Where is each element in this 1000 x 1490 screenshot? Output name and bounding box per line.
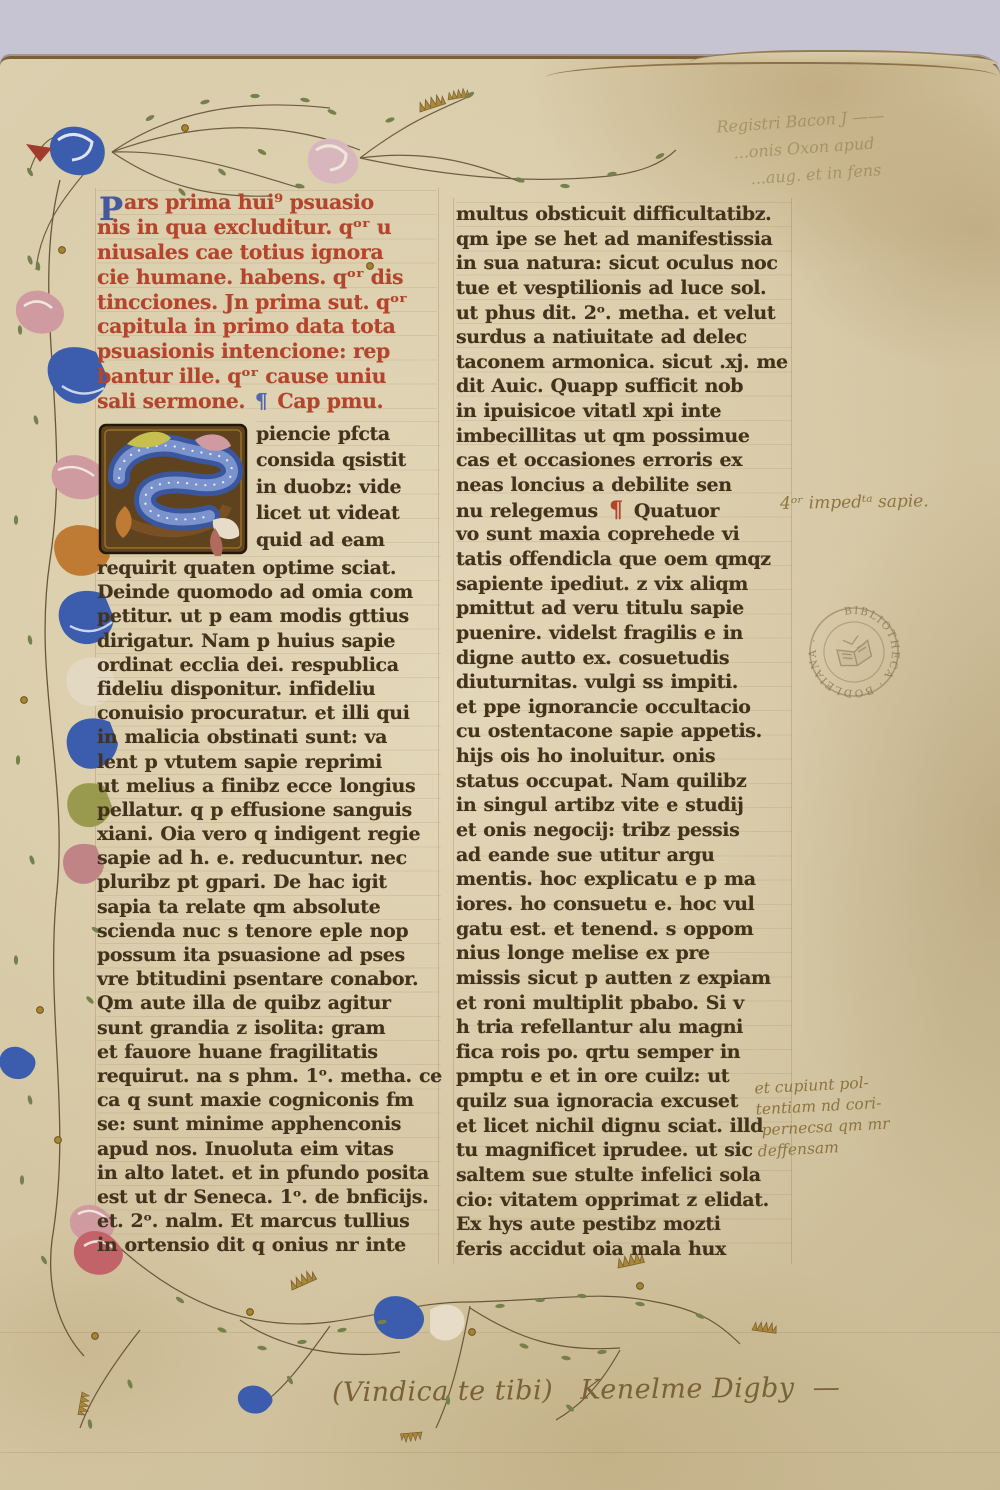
text-line: tatis offendicla que oem qmqz xyxy=(456,547,792,572)
text-line: ordinat ecclia dei. respublica xyxy=(97,653,441,677)
text-line: vo sunt maxia coprehede vi xyxy=(456,522,792,547)
left-column-text-beside-initial: piencie pfctaconsida qsistitin duobz: vi… xyxy=(256,421,440,553)
text-line: neas loncius a debilite sen xyxy=(456,473,792,498)
text-line: et roni multiplit pbabo. Si v xyxy=(456,991,792,1016)
text-line: status occupat. Nam quilibz xyxy=(456,769,792,794)
text-line: conuisio procuratur. et illi qui xyxy=(97,701,441,725)
decorated-initial-s xyxy=(97,422,249,556)
text-line: se: sunt minime apphenconis xyxy=(97,1112,441,1136)
text-line: piencie pfcta xyxy=(256,421,440,447)
text-line: multus obsticuit difficultatibz. xyxy=(456,202,792,227)
text-line: saltem sue stulte infelici sola xyxy=(456,1163,792,1188)
text-line: in duobz: vide xyxy=(256,474,440,500)
text-line: qm ipe se het ad manifestissia xyxy=(456,227,792,252)
manuscript-photo: { "document": { "type": "illuminated man… xyxy=(0,0,1000,1490)
text-line: mentis. hoc explicatu e p ma xyxy=(456,867,792,892)
text-line: scienda nuc s tenore eple nop xyxy=(97,919,441,943)
text-line: et licet nichil dignu sciat. illd xyxy=(456,1114,792,1139)
text-line: Deinde quomodo ad omia com xyxy=(97,580,441,604)
margin-note-impediments: 4ᵒʳ impedᵗᵃ sapie. xyxy=(780,490,990,514)
parchment-crease xyxy=(0,1332,1000,1333)
text-line: pmittut ad veru titulu sapie xyxy=(456,596,792,621)
text-line: in malicia obstinati sunt: va xyxy=(97,725,441,749)
text-line: et ppe ignorancie occultacio xyxy=(456,695,792,720)
text-line: sunt grandia z isolita: gram xyxy=(97,1016,441,1040)
text-line: et fauore huane fragilitatis xyxy=(97,1040,441,1064)
text-line: bantur ille. qᵒʳ cause uniu xyxy=(97,364,437,389)
text-line: sapia ta relate qm absolute xyxy=(97,895,441,919)
text-line: Ex hys aute pestibz mozti xyxy=(456,1212,792,1237)
text-line: sapiente ipediut. z vix aliqm xyxy=(456,572,792,597)
text-line: digne autto ex. cosuetudis xyxy=(456,646,792,671)
text-line: nis in qua excluditur. qᵒʳ u xyxy=(97,215,437,240)
text-line: h tria refellantur alu magni xyxy=(456,1015,792,1040)
text-line: cas et occasiones erroris ex xyxy=(456,448,792,473)
parchment-crease xyxy=(0,1452,1000,1453)
text-line: nius longe melise ex pre xyxy=(456,941,792,966)
text-line: possum ita psuasione ad pses xyxy=(97,943,441,967)
text-line: in sua natura: sicut oculus noc xyxy=(456,251,792,276)
text-line: et. 2ᵒ. nalm. Et marcus tullius xyxy=(97,1209,441,1233)
text-line: pellatur. q p effusione sanguis xyxy=(97,798,441,822)
text-line: in ortensio dit q onius nr inte xyxy=(97,1233,441,1257)
text-line: niusales cae totius ignora xyxy=(97,240,437,265)
text-line: dirigatur. Nam p huius sapie xyxy=(97,629,441,653)
text-line: in singul artibz vite e studij xyxy=(456,793,792,818)
text-line: cu ostentacone sapie appetis. xyxy=(456,719,792,744)
right-column-text: multus obsticuit difficultatibz.qm ipe s… xyxy=(456,202,792,1262)
text-line: et onis negocij: tribz pessis xyxy=(456,818,792,843)
text-line: dit Auic. Quapp sufficit nob xyxy=(456,374,792,399)
text-line: licet ut videat xyxy=(256,500,440,526)
text-line: diuturnitas. vulgi ss impiti. xyxy=(456,670,792,695)
text-line: missis sicut p autten z expiam xyxy=(456,966,792,991)
text-line: requirit quaten optime sciat. xyxy=(97,556,441,580)
text-line: feris accidut oia mala hux xyxy=(456,1237,792,1262)
text-line: in ipuisicoe vitatl xpi inte xyxy=(456,399,792,424)
text-line: apud nos. Inuoluta eim vitas xyxy=(97,1137,441,1161)
text-line: capitula in primo data tota xyxy=(97,314,437,339)
text-line: psuasionis intencione: rep xyxy=(97,339,437,364)
text-line: ut melius a finibz ecce longius xyxy=(97,774,441,798)
column-ruling-right-outer xyxy=(453,198,454,1264)
text-line: fideliu disponitur. infideliu xyxy=(97,677,441,701)
margin-note-lower: et cupiunt pol-tentiam nd cori- pernecsa… xyxy=(754,1066,1000,1163)
text-line: imbecillitas ut qm possimue xyxy=(456,424,792,449)
text-line: xiani. Oia vero q indigent regie xyxy=(97,822,441,846)
text-line: quilz sua ignoracia excuset xyxy=(456,1089,792,1114)
column-ruling-left-outer xyxy=(95,188,96,1264)
text-line: consida qsistit xyxy=(256,447,440,473)
rubric-text: ars prima hui⁹ psuasionis in qua excludi… xyxy=(97,190,437,414)
text-line: sapie ad h. e. reducuntur. nec xyxy=(97,846,441,870)
text-line: hijs ois ho inoluitur. onis xyxy=(456,744,792,769)
text-line: gatu est. et tenend. s oppom xyxy=(456,917,792,942)
text-line: lent p vtutem sapie reprimi xyxy=(97,750,441,774)
text-line: nu relegemus ¶ Quatuor xyxy=(456,498,792,523)
text-line: est ut dr Seneca. 1ᵒ. de bnficijs. xyxy=(97,1185,441,1209)
text-line: cio: vitatem opprimat z elidat. xyxy=(456,1188,792,1213)
text-line: cie humane. habens. qᵒʳ dis xyxy=(97,265,437,290)
text-line: ars prima hui⁹ psuasio xyxy=(97,190,437,215)
text-line: in alto latet. et in pfundo posita xyxy=(97,1161,441,1185)
open-book-emblem xyxy=(835,634,873,670)
text-line: tue et vesptilionis ad luce sol. xyxy=(456,276,792,301)
text-line: ut phus dit. 2ᵒ. metha. et velut xyxy=(456,301,792,326)
text-line: ca q sunt maxie cogniconis fm xyxy=(97,1088,441,1112)
text-line: petitur. ut p eam modis gttius xyxy=(97,604,441,628)
text-line: tu magnificet iprudee. ut sic xyxy=(456,1138,792,1163)
text-line: puenire. videlst fragilis e in xyxy=(456,621,792,646)
text-line: vre btitudini psentare conabor. xyxy=(97,967,441,991)
text-line: requirut. na s phm. 1ᵒ. metha. ce xyxy=(97,1064,441,1088)
text-line: pluribz pt gpari. De hac igit xyxy=(97,870,441,894)
text-line: quid ad eam xyxy=(256,527,440,553)
text-line: fica rois po. qrtu semper in xyxy=(456,1040,792,1065)
text-line: Qm aute illa de quibz agitur xyxy=(97,991,441,1015)
text-line: pmptu e et in ore cuilz: ut xyxy=(456,1064,792,1089)
text-line: tincciones. Jn prima sut. qᵒʳ xyxy=(97,290,437,315)
left-column-text: requirit quaten optime sciat.Deinde quom… xyxy=(97,556,441,1257)
text-line: surdus a natiuitate ad delec xyxy=(456,325,792,350)
text-line: ad eande sue utitur argu xyxy=(456,843,792,868)
text-line: taconem armonica. sicut .xj. me xyxy=(456,350,792,375)
text-line: sali sermone. ¶ Cap pmu. xyxy=(97,389,437,414)
text-line: iores. ho consuetu e. hoc vul xyxy=(456,892,792,917)
